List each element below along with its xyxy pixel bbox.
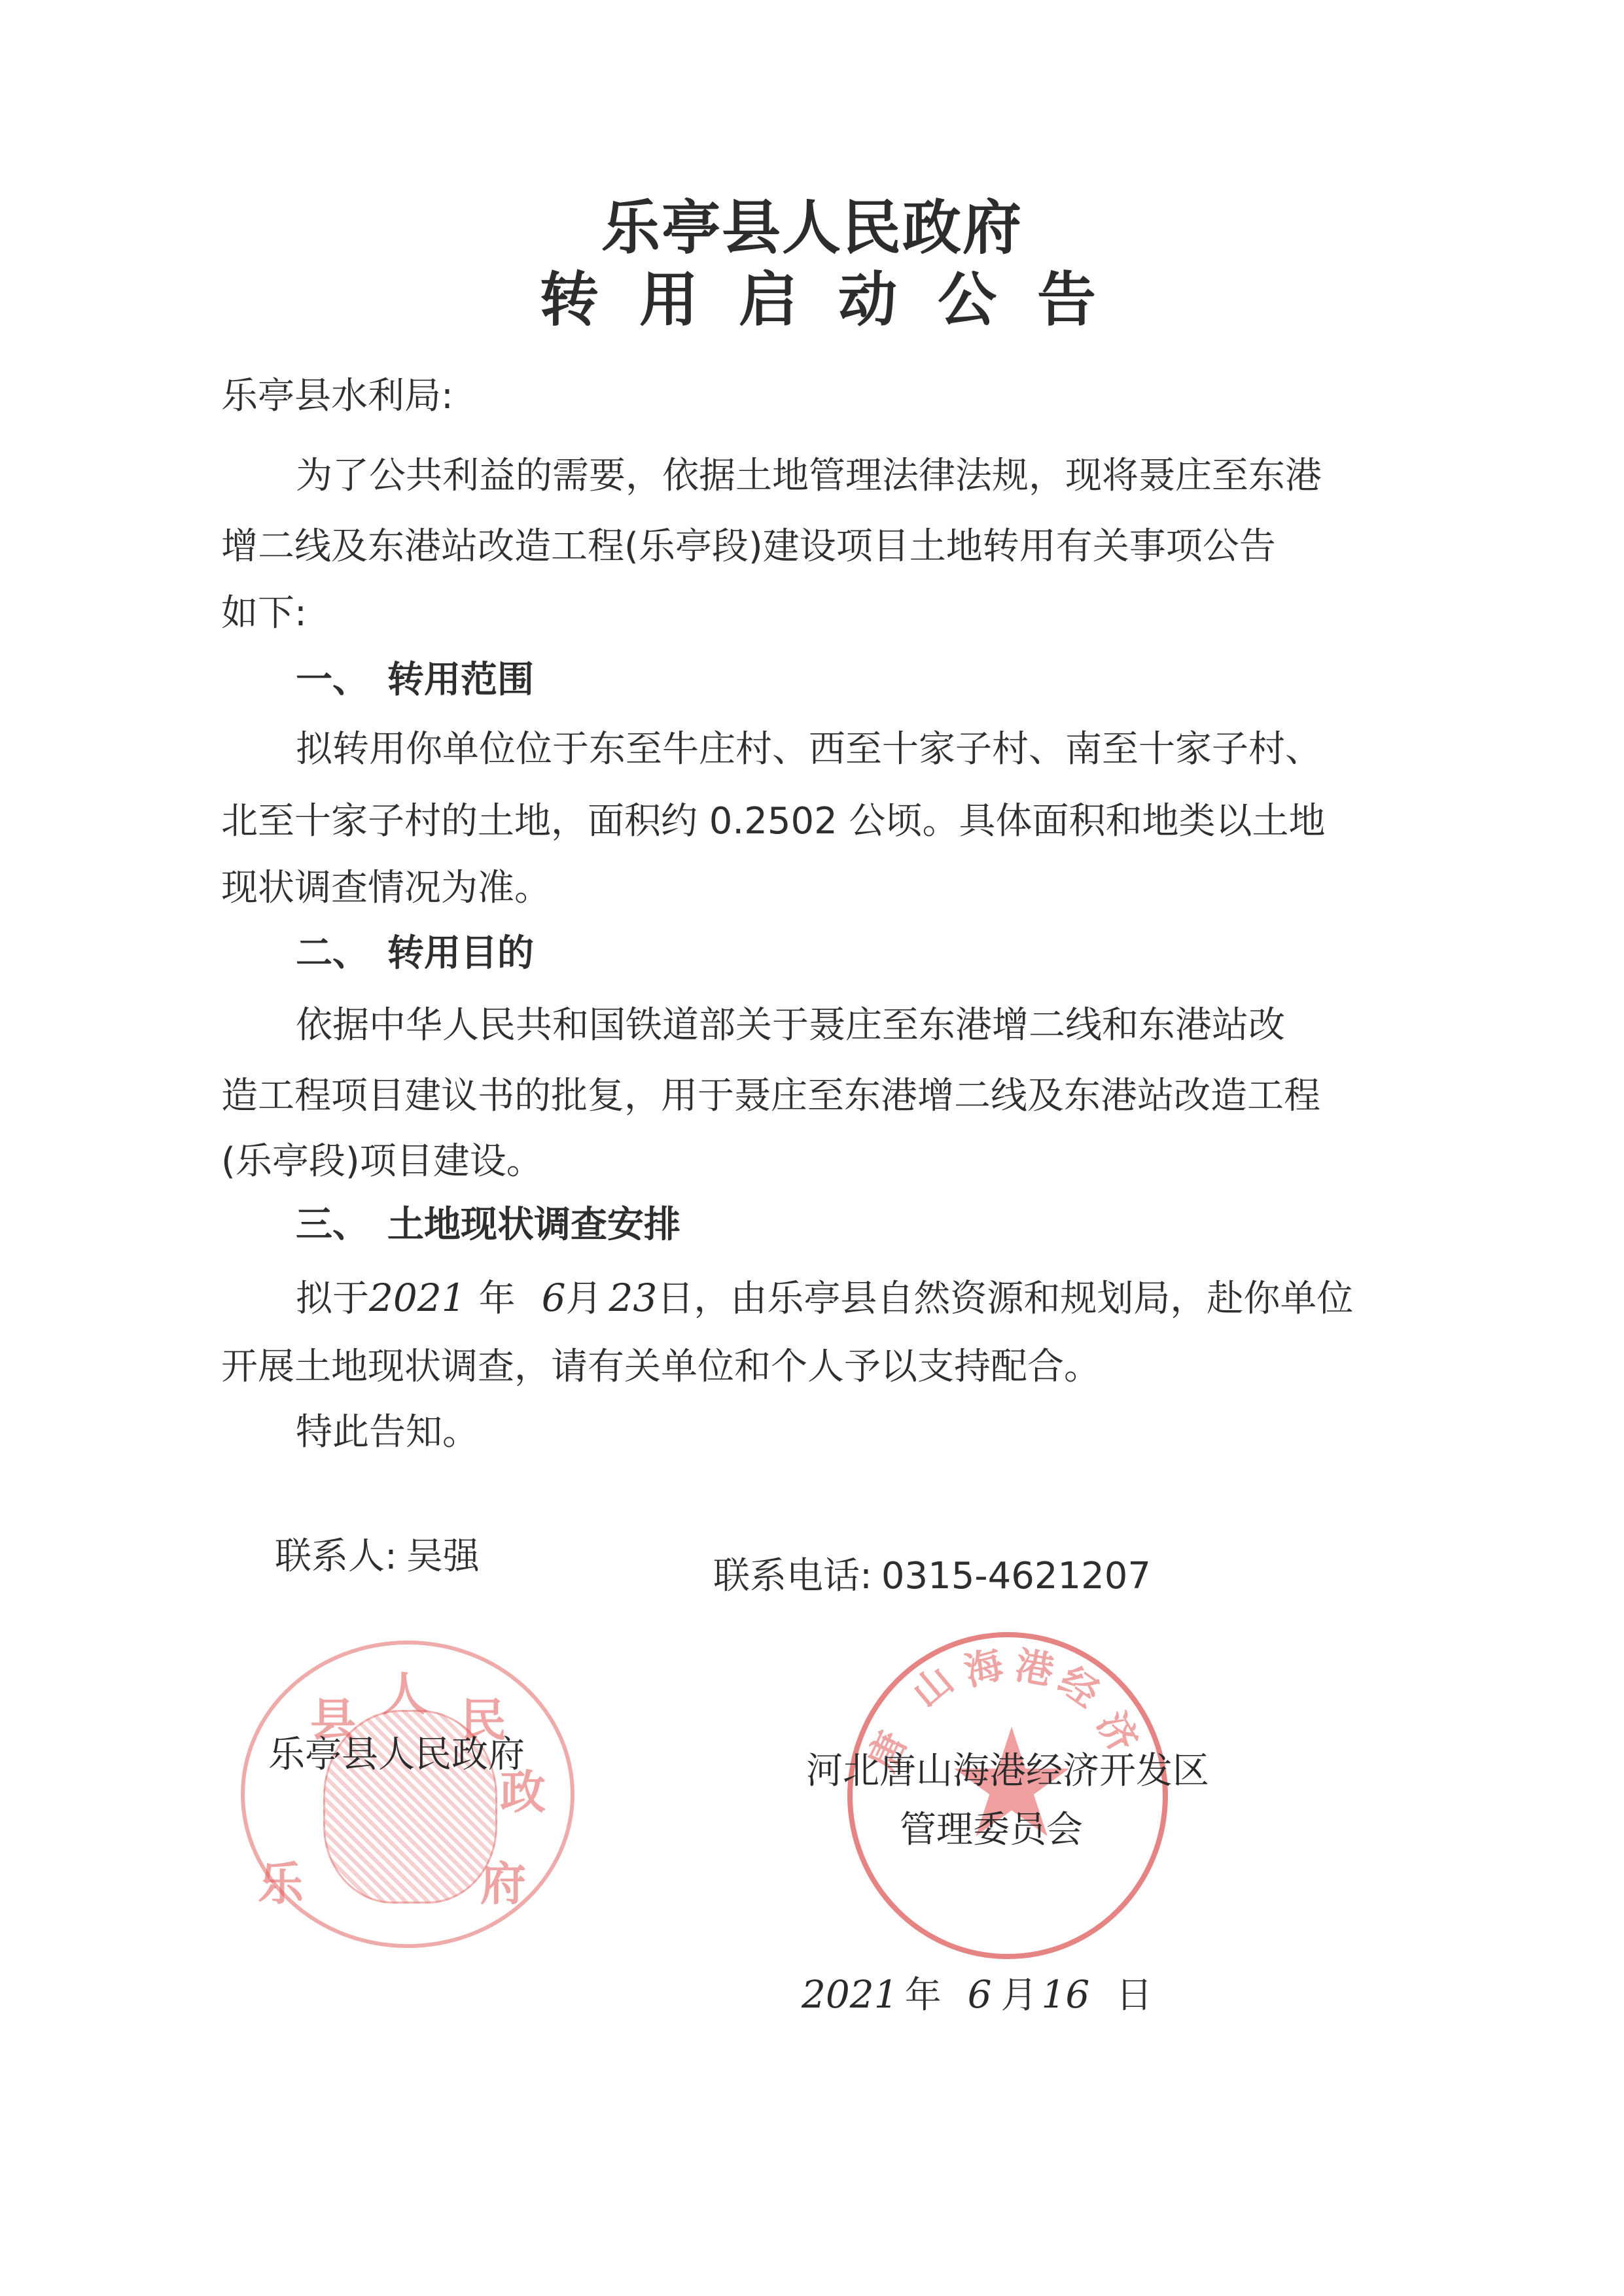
survey-suffix: 日，由乐亭县自然资源和规划局，赴你单位 (657, 1278, 1353, 1320)
contact-person-name: 吴强 (406, 1535, 480, 1578)
section-3-number: 三、 (296, 1207, 387, 1244)
contact-person-label: 联系人: (275, 1535, 397, 1578)
survey-prefix: 拟于 (296, 1278, 369, 1320)
section-1-line-2: 北至十家子村的土地，面积约 0.2502 公顷。具体面积和地类以土地 (221, 803, 1326, 840)
section-1-number: 一、 (296, 662, 387, 699)
section-2-line-1: 依据中华人民共和国铁道部关于聂庄至东港增二线和东港站改 (296, 1007, 1285, 1044)
section-1-line-1: 拟转用你单位位于东至牛庄村、西至十家子村、南至十家子村、 (296, 731, 1322, 768)
survey-month-unit: 月 (566, 1278, 603, 1320)
right-official-seal: ★ 山 海 港 经 济 唐 (847, 1632, 1168, 1959)
notice-page: 乐亭县人民政府 转用启动公告 乐亭县水利局: 为了公共利益的需要，依据土地管理法… (0, 0, 1624, 2296)
left-signatory: 乐亭县人民政府 (268, 1737, 525, 1773)
sign-day-unit: 日 (1116, 1974, 1152, 2017)
section-1-line-3: 现状调查情况为准。 (221, 870, 551, 907)
section-3-title: 土地现状调查安排 (387, 1204, 680, 1246)
notice-title: 转用启动公告 (0, 252, 1624, 337)
recipient: 乐亭县水利局: (221, 378, 453, 415)
seal-arc-char-2: 海 (957, 1633, 1008, 1696)
contact-phone-number: 0315-4621207 (881, 1555, 1151, 1597)
section-2-line-3: (乐亭段)项目建设。 (221, 1143, 543, 1180)
sign-date: 2021年6月16日 (802, 1975, 1152, 2014)
sign-year-unit: 年 (905, 1974, 942, 2017)
section-2-title: 转用目的 (387, 932, 534, 975)
section-2-heading: 二、转用目的 (296, 935, 534, 972)
survey-year-handwritten: 2021 (369, 1276, 466, 1320)
sign-day-handwritten: 16 (1042, 1972, 1090, 2017)
section-3-heading: 三、土地现状调查安排 (296, 1207, 680, 1244)
contact-phone-label: 联系电话: (713, 1555, 872, 1597)
contact-person: 联系人:吴强 (275, 1539, 480, 1575)
sign-month-unit: 月 (1001, 1974, 1038, 2017)
contact-phone: 联系电话:0315-4621207 (713, 1558, 1151, 1595)
seal-char-ren: 人 (382, 1658, 428, 1724)
section-1-title: 转用范围 (387, 659, 534, 701)
survey-year-unit: 年 (479, 1278, 516, 1320)
survey-month-handwritten: 6 (542, 1276, 566, 1320)
sign-month-handwritten: 6 (968, 1972, 992, 2017)
right-signatory-line-2: 管理委员会 (900, 1812, 1083, 1849)
right-signatory-line-1: 河北唐山海港经济开发区 (806, 1753, 1209, 1790)
sign-year-handwritten: 2021 (802, 1972, 898, 2017)
section-2-number: 二、 (296, 935, 387, 972)
section-3-line-2: 开展土地现状调查，请有关单位和个人予以支持配合。 (221, 1349, 1101, 1385)
seal-arc-char-3: 港 (1012, 1635, 1059, 1696)
seal-char-fu: 府 (480, 1847, 526, 1913)
survey-day-handwritten: 23 (609, 1276, 658, 1320)
section-3-line-1: 拟于2021年6月23日，由乐亭县自然资源和规划局，赴你单位 (296, 1279, 1353, 1317)
intro-line-1: 为了公共利益的需要，依据土地管理法律法规，现将聂庄至东港 (296, 458, 1322, 495)
closing: 特此告知。 (296, 1414, 479, 1451)
section-2-line-2: 造工程项目建议书的批复，用于聂庄至东港增二线及东港站改造工程 (221, 1078, 1320, 1115)
intro-line-2: 增二线及东港站改造工程(乐亭段)建设项目土地转用有关事项公告 (221, 529, 1276, 565)
section-1-heading: 一、转用范围 (296, 662, 534, 699)
left-official-seal: 人 县 民 乐 政 府 (241, 1641, 574, 1948)
seal-char-le: 乐 (258, 1847, 304, 1913)
intro-line-3: 如下: (221, 595, 307, 632)
